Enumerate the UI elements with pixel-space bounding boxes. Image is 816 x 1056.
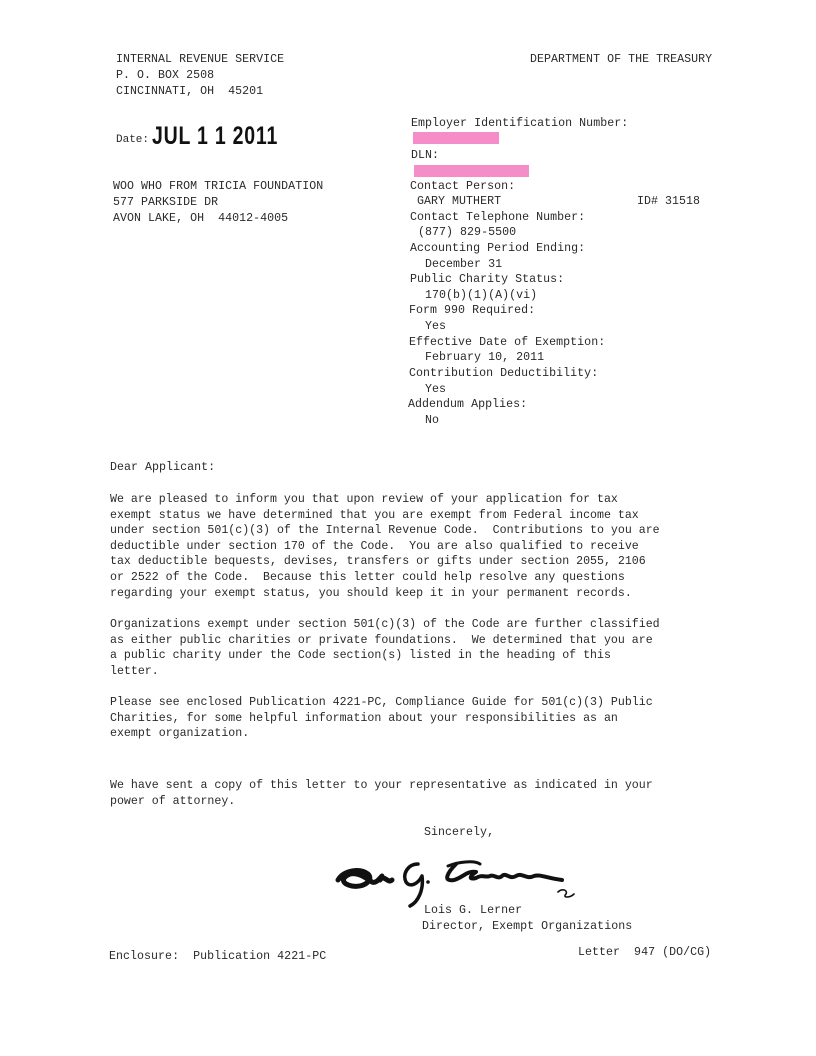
letter-code: Letter 947 (DO/CG) [578, 945, 711, 961]
ein-redaction [413, 132, 499, 144]
sender-line-1: INTERNAL REVENUE SERVICE [116, 52, 284, 68]
phone-label: Contact Telephone Number: [410, 210, 585, 226]
contact-person-label: Contact Person: [410, 179, 515, 195]
effective-date-value: February 10, 2011 [425, 350, 544, 366]
addendum-label: Addendum Applies: [408, 397, 527, 413]
department-heading: DEPARTMENT OF THE TREASURY [530, 52, 712, 68]
sender-line-3: CINCINNATI, OH 45201 [116, 84, 263, 100]
recipient-line-3: AVON LAKE, OH 44012-4005 [113, 211, 288, 227]
valediction: Sincerely, [424, 825, 494, 841]
form990-label: Form 990 Required: [409, 303, 535, 319]
dln-label: DLN: [411, 148, 439, 164]
addendum-value: No [425, 413, 439, 429]
paragraph-exemption: We are pleased to inform you that upon r… [110, 492, 750, 601]
enclosure-note: Enclosure: Publication 4221-PC [109, 949, 326, 965]
signer-name: Lois G. Lerner [424, 903, 522, 919]
phone-value: (877) 829-5500 [418, 225, 516, 241]
accounting-period-value: December 31 [425, 257, 502, 273]
date-label: Date: [116, 134, 149, 146]
signer-title: Director, Exempt Organizations [422, 919, 632, 935]
contact-person-value: GARY MUTHERT [417, 194, 501, 210]
accounting-period-label: Accounting Period Ending: [410, 241, 585, 257]
paragraph-publication: Please see enclosed Publication 4221-PC,… [110, 695, 750, 742]
paragraph-representative: We have sent a copy of this letter to yo… [110, 778, 750, 809]
effective-date-label: Effective Date of Exemption: [409, 335, 605, 351]
recipient-line-1: WOO WHO FROM TRICIA FOUNDATION [113, 179, 323, 195]
deductibility-label: Contribution Deductibility: [409, 366, 598, 382]
ein-label: Employer Identification Number: [411, 116, 628, 132]
sender-line-2: P. O. BOX 2508 [116, 68, 214, 84]
deductibility-value: Yes [425, 382, 446, 398]
recipient-line-2: 577 PARKSIDE DR [113, 195, 218, 211]
contact-id: ID# 31518 [637, 194, 700, 210]
charity-status-value: 170(b)(1)(A)(vi) [425, 288, 537, 304]
salutation: Dear Applicant: [110, 460, 215, 476]
dln-redaction [414, 165, 529, 177]
paragraph-classification: Organizations exempt under section 501(c… [110, 617, 750, 679]
date-stamp: JUL 1 1 2011 [152, 122, 278, 151]
form990-value: Yes [425, 319, 446, 335]
signature-image [330, 850, 590, 910]
charity-status-label: Public Charity Status: [410, 272, 564, 288]
